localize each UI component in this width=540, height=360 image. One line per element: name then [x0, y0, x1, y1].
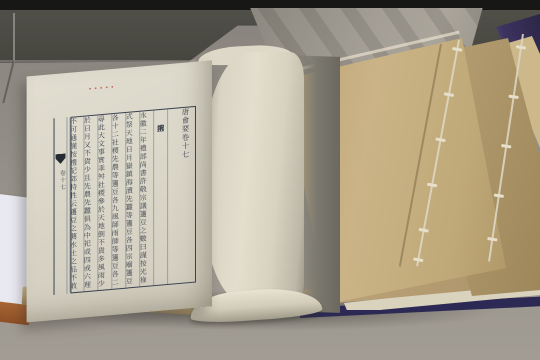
open-printed-page: ••••• 卷十七 唐會要卷十七 祭器議 宋 王 溥 撰 永徽二年禮部尚書許敬宗…: [27, 60, 212, 322]
centerfold-column: 卷十七: [54, 117, 68, 295]
thread-stitch: [419, 228, 429, 233]
centerfold-volume-label: 卷十七: [56, 169, 67, 191]
text-block-frame: 唐會要卷十七 祭器議 宋 王 溥 撰 永徽二年禮部尚書許敬宗議籩豆之數曰謹按光祿…: [70, 106, 196, 294]
text-column: 不可通謹按禮記郊特牲云籩豆之薦水土之品不敢: [69, 117, 83, 293]
thread-stitch: [444, 92, 454, 97]
author-char: 撰: [157, 123, 164, 135]
text-column: 永徽二年禮部尚書許敬宗議籩豆之數曰謹按光祿: [139, 111, 153, 287]
page-curl-body: [202, 52, 304, 304]
thread-stitch: [508, 95, 518, 99]
fishtail-mark: [56, 153, 66, 164]
panel-edge-highlight: [0, 60, 196, 62]
thread-stitch: [487, 237, 497, 241]
thread-stitch: [435, 137, 445, 142]
thread-stitch: [452, 47, 462, 52]
text-column: 各十二社稷先農等籩豆各九風師雨師等籩豆各二: [111, 113, 125, 289]
red-accession-stamp: •••••: [88, 84, 116, 93]
section-column: 祭器議: [167, 108, 181, 284]
glass-seam: [13, 13, 15, 63]
thread-stitch: [413, 257, 423, 262]
thread-stitch: [494, 193, 504, 197]
text-column: 式祭天地日月嶽鎮海瀆先蠶等籩豆各四宗廟籩豆: [125, 112, 139, 288]
text-column: 於日月又不貴少且先農先蠶俱為中祀或四或六理: [83, 115, 97, 291]
thread-stitch: [501, 144, 511, 148]
turned-page: [192, 50, 340, 322]
thread-stitch: [516, 45, 526, 49]
museum-photo-ancient-chinese-book: ••••• 卷十七 唐會要卷十七 祭器議 宋 王 溥 撰 永徽二年禮部尚書許敬宗…: [0, 0, 540, 360]
text-column: 尋此大文事實乖舛社稷參於天地倒不貴多風雨少: [97, 114, 111, 290]
glass-seam-diagonal: [2, 60, 15, 103]
title-column: 唐會要卷十七: [181, 107, 195, 283]
author-column: 宋 王 溥 撰: [153, 109, 167, 285]
thread-stitch: [427, 183, 437, 188]
